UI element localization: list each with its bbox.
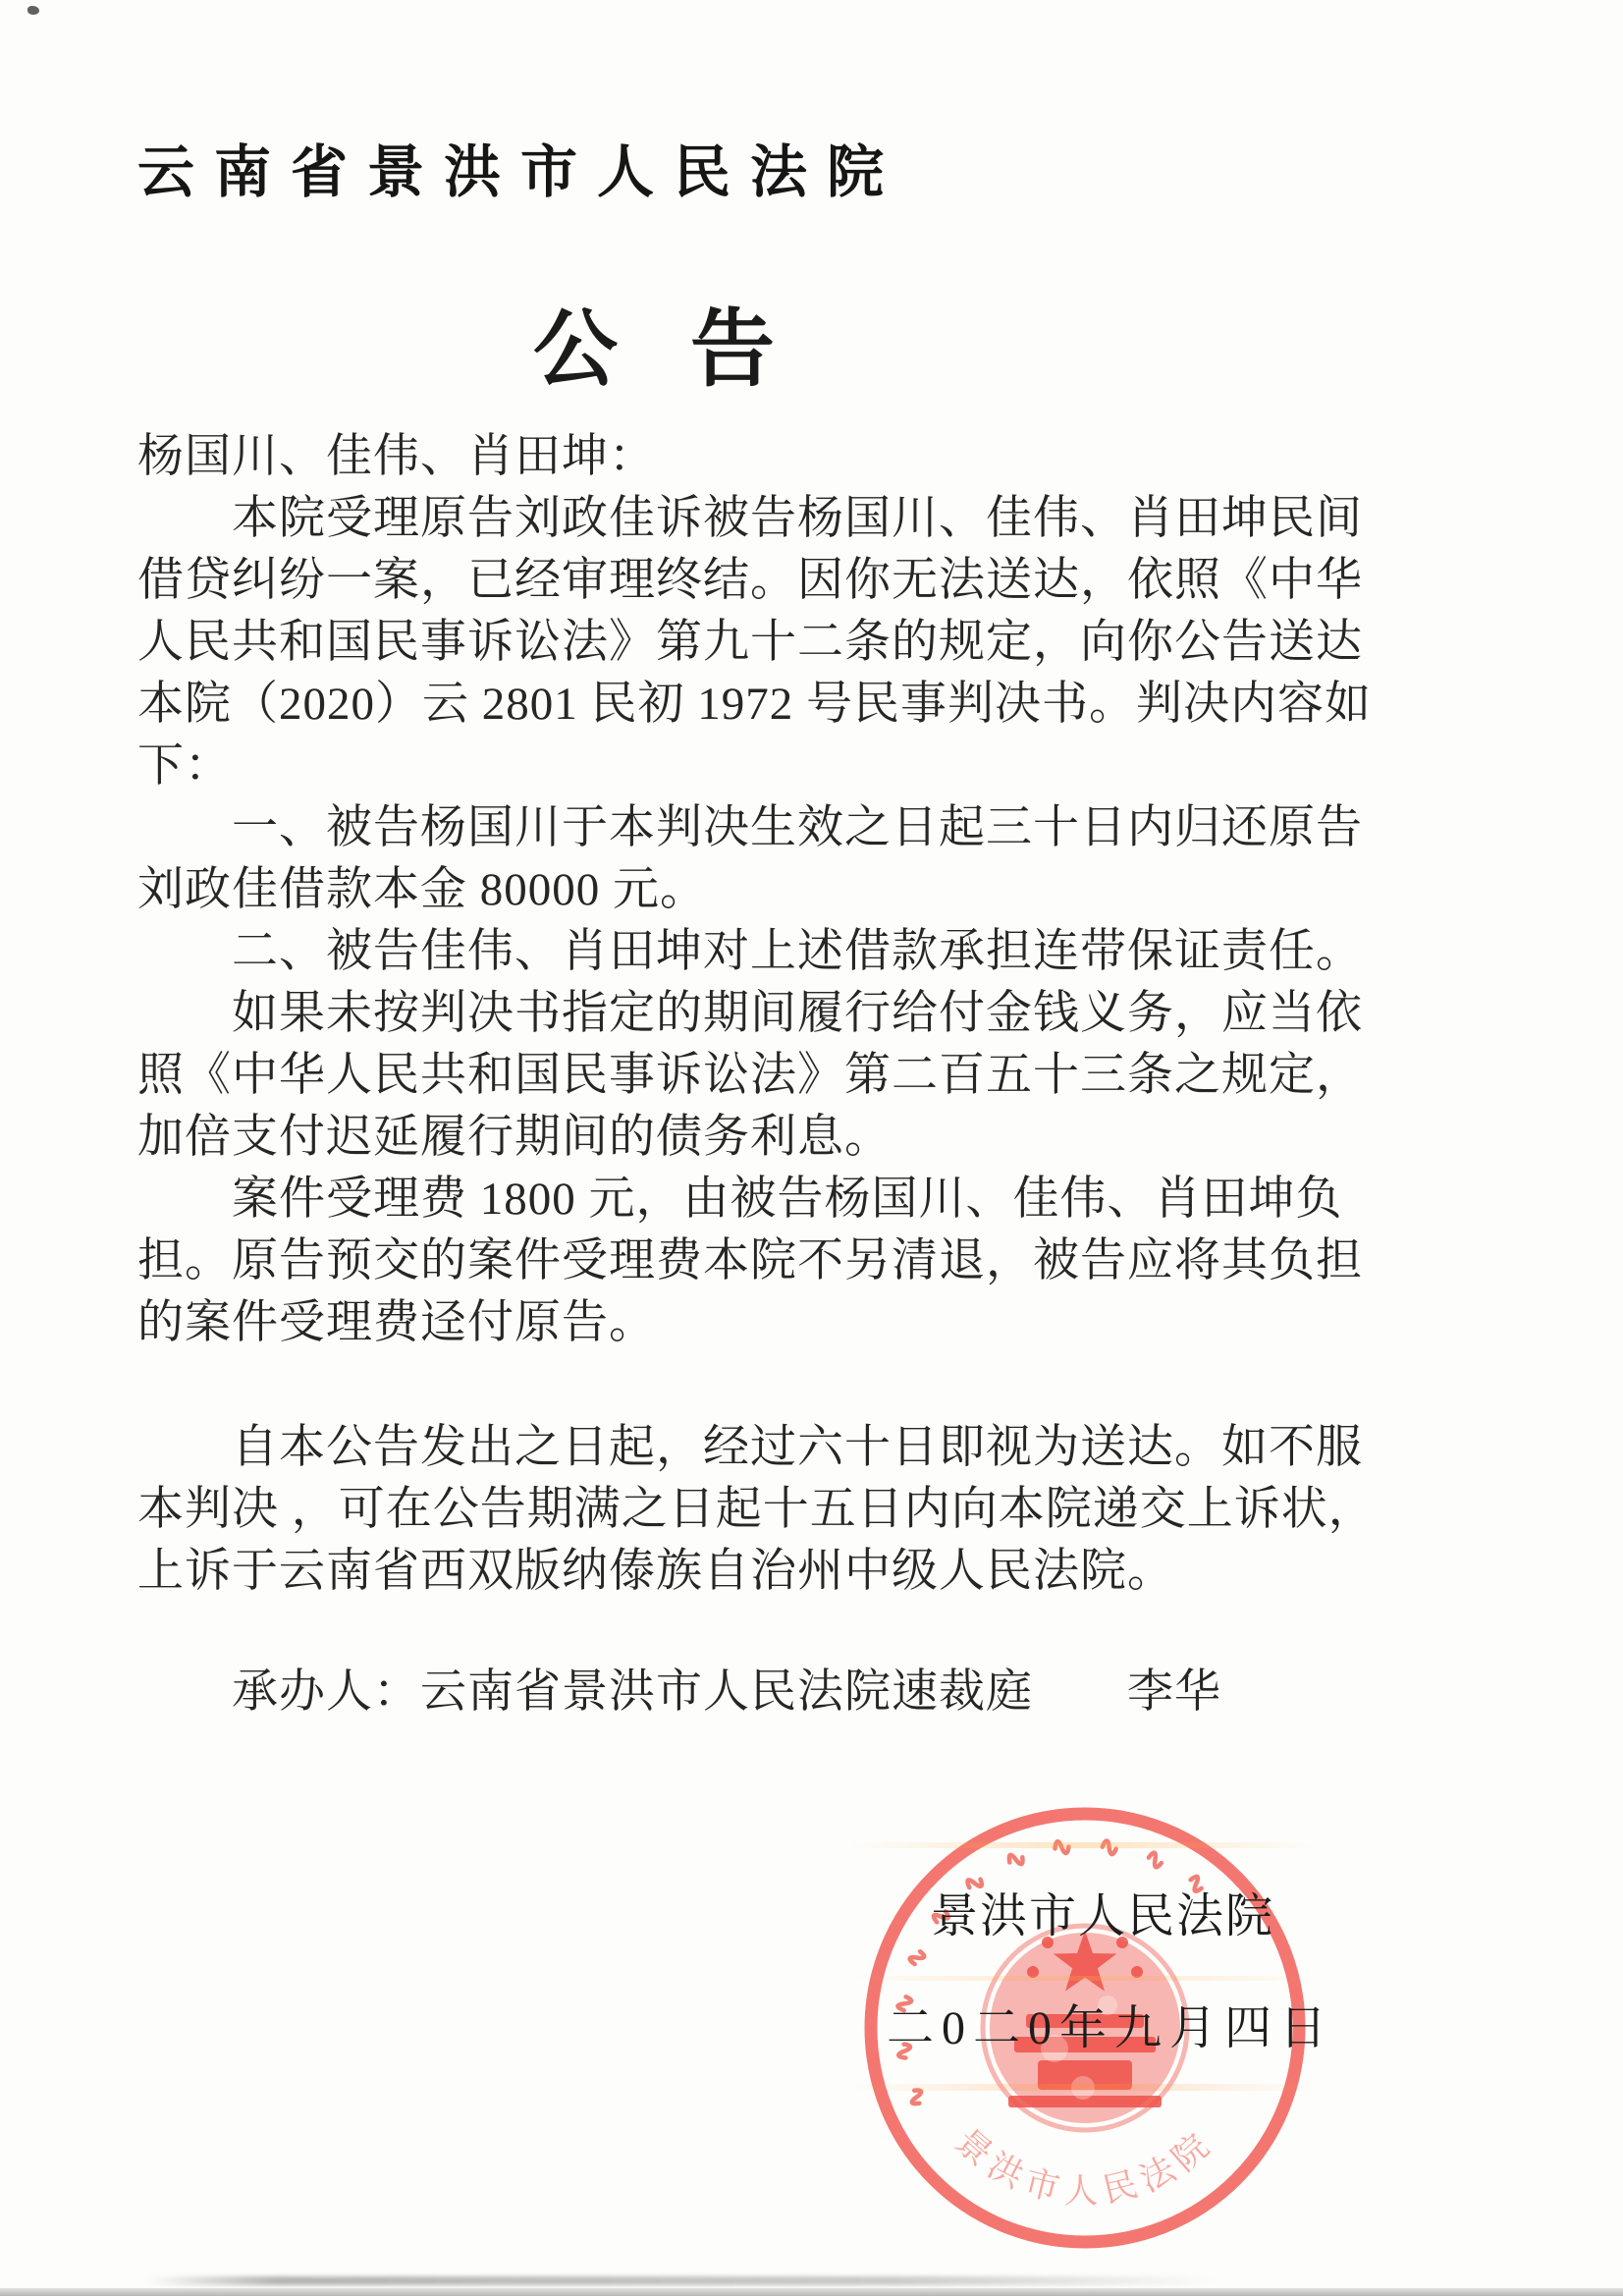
salutation-line: 杨国川、佳伟、肖田坤： [137, 426, 1404, 488]
body-line: 照《中华人民共和国民事诉讼法》第二百五十三条之规定， [137, 1045, 1404, 1107]
scan-bottom-edge [0, 2288, 1623, 2296]
body-line: 如果未按判决书指定的期间履行给付金钱义务，应当依 [137, 983, 1404, 1045]
body-line: 本院受理原告刘政佳诉被告杨国川、佳伟、肖田坤民间 [137, 488, 1404, 550]
body-line: 加倍支付迟延履行期间的债务利息。 [137, 1107, 1404, 1169]
court-name-heading: 云南省景洪市人民法院 [137, 126, 903, 208]
signature-court-name: 景洪市人民法院 [931, 1878, 1274, 1945]
service-notice-line: 上诉于云南省西双版纳傣族自治州中级人民法院。 [137, 1541, 1404, 1603]
signature-date: 二0二0年九月四日 [887, 1990, 1334, 2057]
judgment-item-2: 二、被告佳伟、肖田坤对上述借款承担连带保证责任。 [137, 921, 1404, 983]
judgment-item-1: 一、被告杨国川于本判决生效之日起三十日内归还原告 [137, 797, 1404, 859]
announcement-body: 杨国川、佳伟、肖田坤： 本院受理原告刘政佳诉被告杨国川、佳伟、肖田坤民间 借贷纠… [137, 426, 1404, 1723]
body-line: 人民共和国民事诉讼法》第九十二条的规定，向你公告送达 [137, 612, 1404, 674]
scan-speck [27, 6, 39, 15]
body-line: 本院（2020）云 2801 民初 1972 号民事判决书。判决内容如 [137, 674, 1404, 736]
seal-arc-text: 景洪市人民法院 [948, 2122, 1222, 2211]
body-line: 借贷纠纷一案，已经审理终结。因你无法送达，依照《中华 [137, 550, 1404, 612]
service-notice-line: 本判决 ，可在公告期满之日起十五日内向本院递交上诉状， [137, 1479, 1404, 1541]
fee-line: 的案件受理费迳付原告。 [137, 1292, 1404, 1354]
handler-line: 承办人：云南省景洪市人民法院速裁庭 李华 [137, 1662, 1404, 1723]
fee-line: 担。原告预交的案件受理费本院不另清退，被告应将其负担 [137, 1230, 1404, 1292]
body-line: 下： [137, 736, 1404, 797]
document-title: 公告 [533, 281, 847, 403]
scan-bottom-smudge [147, 2276, 1217, 2285]
judgment-item-1: 刘政佳借款本金 80000 元。 [137, 859, 1404, 921]
fee-line: 案件受理费 1800 元，由被告杨国川、佳伟、肖田坤负 [137, 1169, 1404, 1230]
document-page: 云南省景洪市人民法院 公告 杨国川、佳伟、肖田坤： 本院受理原告刘政佳诉被告杨国… [0, 0, 1623, 2296]
service-notice-line: 自本公告发出之日起，经过六十日即视为送达。如不服 [137, 1417, 1404, 1479]
